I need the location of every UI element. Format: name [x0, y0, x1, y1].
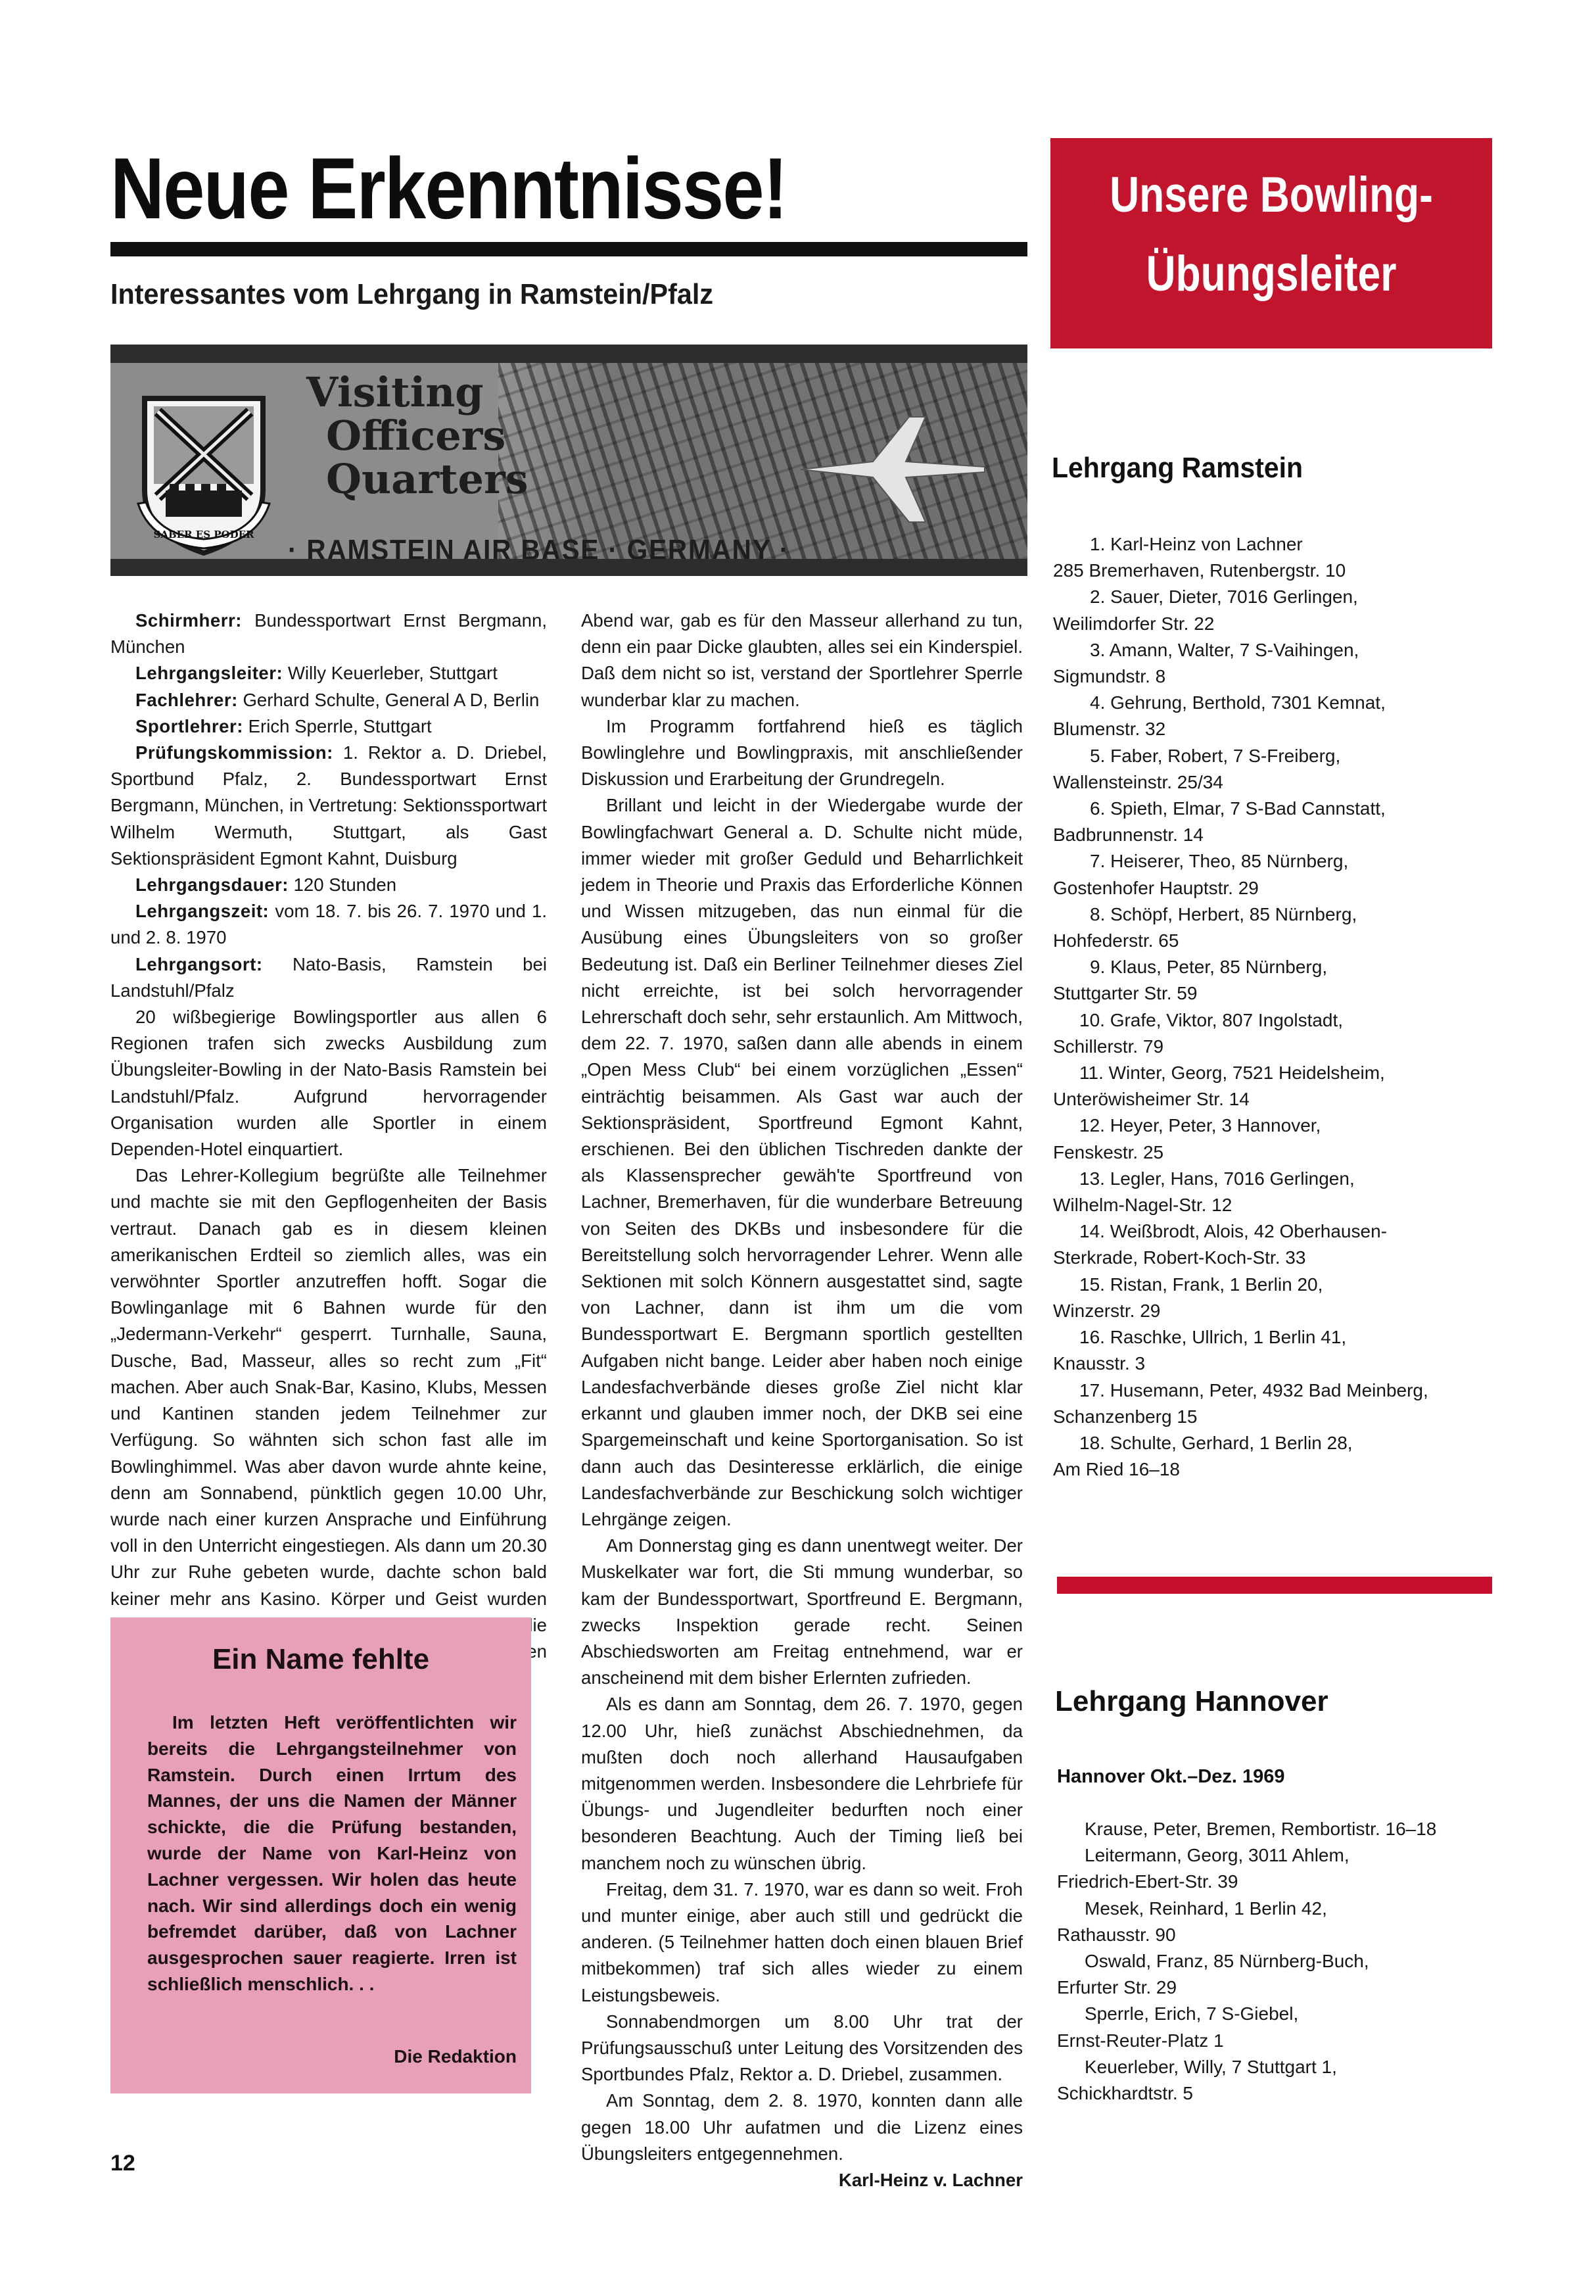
banner-title-line-2: Officers	[326, 414, 528, 458]
section-title-line-2: Übungsleiter	[1090, 245, 1452, 304]
list-item: 16. Raschke, Ullrich, 1 Berlin 41,Knauss…	[1053, 1324, 1500, 1377]
list-item: Keuerleber, Willy, 7 Stuttgart 1,Schickh…	[1057, 2054, 1504, 2107]
list-item: 6. Spieth, Elmar, 7 S-Bad Cannstatt,Badb…	[1053, 796, 1500, 848]
hannover-subheading: Hannover Okt.–Dez. 1969	[1057, 1763, 1285, 1790]
hannover-heading: Lehrgang Hannover	[1055, 1685, 1328, 1719]
body-paragraph: Am Sonntag, dem 2. 8. 1970, konnten dann…	[581, 2088, 1023, 2167]
fact-line: Fachlehrer: Gerhard Schulte, General A D…	[110, 687, 547, 713]
notice-body: Im letzten Heft veröffentlichten wir ber…	[147, 1710, 517, 1997]
banner-bottom-band	[110, 559, 1027, 576]
article-column-2: Abend war, gab es für den Masseur allerh…	[581, 608, 1023, 2193]
svg-text:SABER ES PODER: SABER ES PODER	[153, 529, 254, 540]
list-item: Oswald, Franz, 85 Nürnberg-Buch,Erfurter…	[1057, 1948, 1504, 2001]
list-item: 11. Winter, Georg, 7521 Heidelsheim,Unte…	[1053, 1060, 1500, 1112]
list-item: 5. Faber, Robert, 7 S-Freiberg,Wallenste…	[1053, 743, 1500, 796]
notice-box: Ein Name fehlte Im letzten Heft veröffen…	[110, 1617, 531, 2093]
banner-title-line-3: Quarters	[326, 458, 528, 501]
section-title-box: Unsere Bowling- Übungsleiter	[1050, 138, 1492, 348]
list-item: 13. Legler, Hans, 7016 Gerlingen,Wilhelm…	[1053, 1166, 1500, 1218]
list-item: 18. Schulte, Gerhard, 1 Berlin 28,Am Rie…	[1053, 1430, 1500, 1483]
list-item: 17. Husemann, Peter, 4932 Bad Meinberg,S…	[1053, 1377, 1500, 1430]
body-paragraph: 20 wißbegierige Bowlingsportler aus alle…	[110, 1004, 547, 1162]
headline: Neue Erkenntnisse!	[110, 139, 902, 238]
list-item: Mesek, Reinhard, 1 Berlin 42,Rathausstr.…	[1057, 1896, 1504, 1948]
list-item: 10. Grafe, Viktor, 807 Ingolstadt,Schill…	[1053, 1007, 1500, 1060]
page-number: 12	[110, 2150, 135, 2176]
body-paragraph: Als es dann am Sonntag, dem 26. 7. 1970,…	[581, 1691, 1023, 1876]
fact-line: Lehrgangsleiter: Willy Keuerleber, Stutt…	[110, 660, 547, 686]
list-item: 1. Karl-Heinz von Lachner285 Bremerhaven…	[1053, 531, 1500, 584]
notice-title: Ein Name fehlte	[110, 1642, 531, 1677]
body-paragraph: Freitag, dem 31. 7. 1970, war es dann so…	[581, 1877, 1023, 2009]
fact-line: Lehrgangszeit: vom 18. 7. bis 26. 7. 197…	[110, 898, 547, 951]
headline-rule	[110, 242, 1027, 256]
author-signature: Karl-Heinz v. Lachner	[581, 2167, 1023, 2193]
jet-aircraft-icon	[794, 404, 991, 535]
fact-line: Lehrgangsort: Nato-Basis, Ramstein bei L…	[110, 951, 547, 1004]
list-item: 8. Schöpf, Herbert, 85 Nürnberg,Hohfeder…	[1053, 901, 1500, 954]
banner-top-band	[110, 345, 1027, 363]
notice-text: Im letzten Heft veröffentlichten wir ber…	[147, 1710, 517, 1997]
list-item: 2. Sauer, Dieter, 7016 Gerlingen,Weilimd…	[1053, 584, 1500, 636]
list-item: 9. Klaus, Peter, 85 Nürnberg,Stuttgarter…	[1053, 954, 1500, 1007]
fact-line: Sportlehrer: Erich Sperrle, Stuttgart	[110, 713, 547, 740]
fact-line: Lehrgangsdauer: 120 Stunden	[110, 872, 547, 898]
body-paragraph: Das Lehrer-Kollegium begrüßte alle Teiln…	[110, 1162, 547, 1691]
subtitle: Interessantes vom Lehrgang in Ramstein/P…	[110, 276, 713, 313]
body-paragraph: Brillant und leicht in der Wiedergabe wu…	[581, 792, 1023, 1533]
list-item: Sperrle, Erich, 7 S-Giebel,Ernst-Reuter-…	[1057, 2001, 1504, 2053]
photo-banner: SABER ES PODER Visiting Officers Quarter…	[110, 345, 1027, 576]
section-divider	[1057, 1577, 1492, 1594]
body-paragraph: Im Programm fortfahrend hieß es täglich …	[581, 713, 1023, 793]
fact-line: Schirmherr: Bundessportwart Ernst Bergma…	[110, 608, 547, 660]
list-item: Krause, Peter, Bremen, Rembortistr. 16–1…	[1057, 1816, 1504, 1842]
list-item: 3. Amann, Walter, 7 S-Vaihingen,Sigmunds…	[1053, 637, 1500, 690]
list-item: 7. Heiserer, Theo, 85 Nürnberg,Gostenhof…	[1053, 848, 1500, 901]
notice-signature: Die Redaktion	[394, 2044, 517, 2070]
hannover-list: Krause, Peter, Bremen, Rembortistr. 16–1…	[1057, 1816, 1504, 2107]
body-paragraph: Sonnabendmorgen um 8.00 Uhr trat der Prü…	[581, 2009, 1023, 2088]
list-item: 14. Weißbrodt, Alois, 42 Oberhausen-Ster…	[1053, 1218, 1500, 1271]
list-item: 4. Gehrung, Berthold, 7301 Kemnat,Blumen…	[1053, 690, 1500, 742]
ramstein-heading: Lehrgang Ramstein	[1052, 451, 1303, 485]
crest-shield-icon: SABER ES PODER	[131, 392, 276, 556]
banner-title-line-1: Visiting	[306, 371, 528, 414]
list-item: Leitermann, Georg, 3011 Ahlem,Friedrich-…	[1057, 1842, 1504, 1895]
fact-line: Prüfungskommission: 1. Rektor a. D. Drie…	[110, 740, 547, 872]
body-paragraph: Abend war, gab es für den Masseur allerh…	[581, 608, 1023, 713]
banner-title: Visiting Officers Quarters	[306, 371, 528, 501]
section-title-line-1: Unsere Bowling-	[1090, 166, 1452, 225]
list-item: 15. Ristan, Frank, 1 Berlin 20,Winzerstr…	[1053, 1272, 1500, 1324]
ramstein-list: 1. Karl-Heinz von Lachner285 Bremerhaven…	[1053, 531, 1500, 1483]
list-item: 12. Heyer, Peter, 3 Hannover,Fenskestr. …	[1053, 1112, 1500, 1165]
body-paragraph: Am Donnerstag ging es dann unentwegt wei…	[581, 1533, 1023, 1691]
article-column-1: Schirmherr: Bundessportwart Ernst Bergma…	[110, 608, 547, 1691]
